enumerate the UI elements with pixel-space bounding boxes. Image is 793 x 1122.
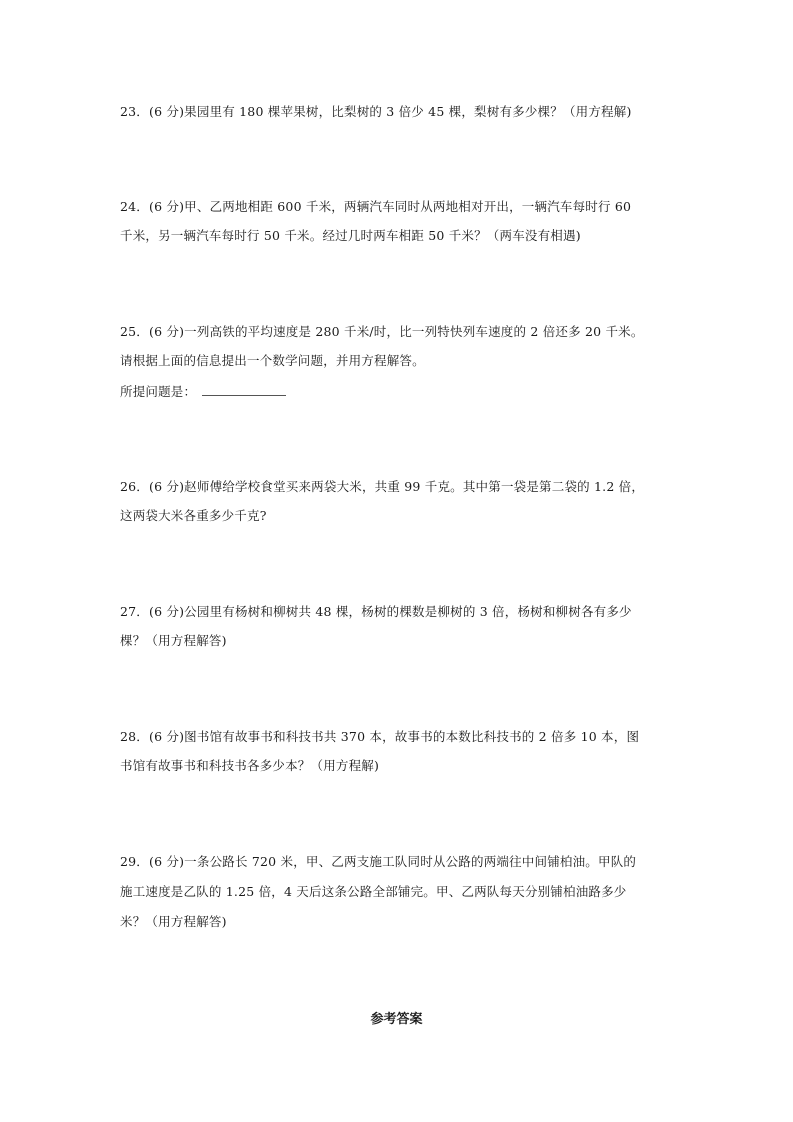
question-text: 棵？（用方程解答) [120,633,227,649]
question-text: 29．(6 分)一条公路长 720 米，甲、乙两支施工队同时从公路的两端往中间铺… [120,854,636,870]
question-text: 27．(6 分)公园里有杨树和柳树共 48 棵，杨树的棵数是柳树的 3 倍，杨树… [120,604,632,620]
question-text: 这两袋大米各重多少千克? [120,508,267,524]
answer-section-title: 参考答案 [0,1008,793,1027]
prompt-label: 所提问题是： [120,384,196,399]
answer-blank[interactable] [202,385,286,396]
question-text: 23．(6 分)果园里有 180 棵苹果树，比梨树的 3 倍少 45 棵，梨树有… [120,104,632,120]
question-text: 千米，另一辆汽车每时行 50 千米。经过几时两车相距 50 千米？（两车没有相遇… [120,228,581,244]
question-text: 请根据上面的信息提出一个数学问题，并用方程解答。 [120,353,425,369]
question-text: 书馆有故事书和科技书各多少本？（用方程解) [120,758,379,774]
question-text: 米？（用方程解答) [120,914,227,930]
question-text: 24．(6 分)甲、乙两地相距 600 千米，两辆汽车同时从两地相对开出，一辆汽… [120,199,631,215]
question-prompt: 所提问题是： [120,384,286,400]
question-text: 25．(6 分)一列高铁的平均速度是 280 千米/时，比一列特快列车速度的 2… [120,324,644,340]
question-text: 26．(6 分)赵师傅给学校食堂买来两袋大米，共重 99 千克。其中第一袋是第二… [120,479,644,495]
question-text: 28．(6 分)图书馆有故事书和科技书共 370 本，故事书的本数比科技书的 2… [120,729,639,745]
question-text: 施工速度是乙队的 1.25 倍，4 天后这条公路全部铺完。甲、乙两队每天分别铺柏… [120,884,627,900]
